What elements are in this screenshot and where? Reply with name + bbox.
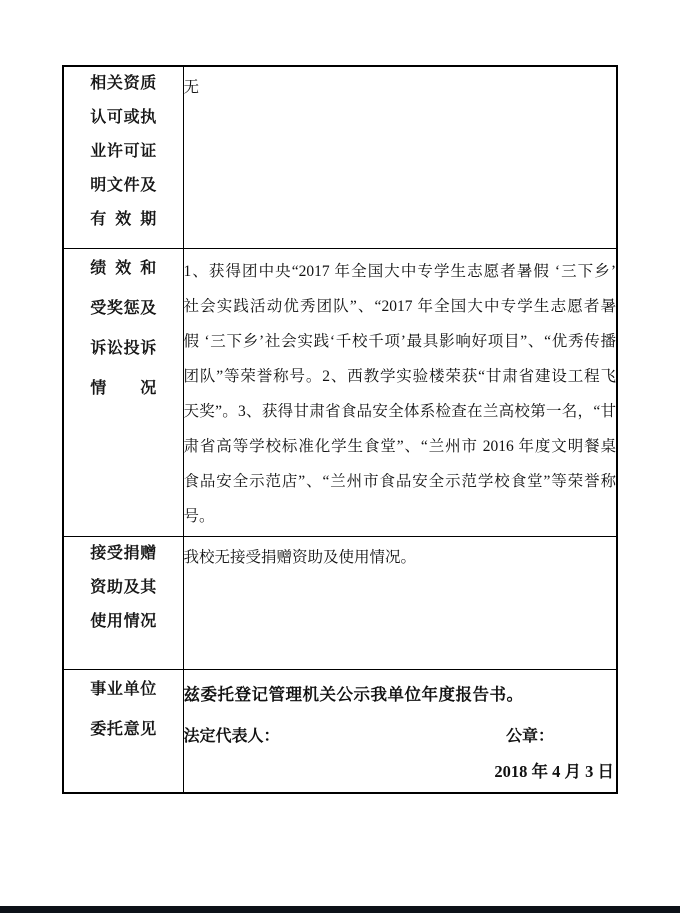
paragraph-line: 1、获得团中央“2017 年全国大中专学生志愿者暑假 ‘三下乡’: [184, 254, 617, 289]
entrust-content-cell: 兹委托登记管理机关公示我单位年度报告书。 法定代表人： 公章： 2018 年 4…: [183, 669, 617, 793]
bottom-window-edge: [0, 906, 680, 913]
label-line: 绩效和: [90, 249, 156, 289]
paragraph-line: 团队”等荣誉称号。2、西教学实验楼荣获“甘肃省建设工程飞: [184, 359, 617, 394]
performance-label-cell: 绩效和 受奖惩及 诉讼投诉 情况: [63, 248, 183, 536]
label-line: 受奖惩及: [90, 289, 156, 329]
label-line: 明文件及: [90, 169, 156, 203]
table-row-performance: 绩效和 受奖惩及 诉讼投诉 情况 1、获得团中央“2017 年全国大中专学生志愿…: [63, 248, 617, 536]
performance-paragraph: 1、获得团中央“2017 年全国大中专学生志愿者暑假 ‘三下乡’ 社会实践活动优…: [184, 249, 617, 534]
report-date: 2018 年 4 月 3 日: [184, 761, 617, 783]
label-line: 认可或执: [90, 101, 156, 135]
performance-content-cell: 1、获得团中央“2017 年全国大中专学生志愿者暑假 ‘三下乡’ 社会实践活动优…: [183, 248, 617, 536]
donation-value: 我校无接受捐赠资助及使用情况。: [184, 537, 617, 568]
label-line: 情况: [90, 369, 156, 409]
label-line: 委托意见: [90, 710, 156, 750]
label-line: 诉讼投诉: [90, 329, 156, 369]
paragraph-line: 号。: [184, 499, 617, 534]
label-line: 业许可证: [90, 135, 156, 169]
paragraph-line: 假 ‘三下乡’社会实践‘千校千项’最具影响好项目”、“优秀传播: [184, 324, 617, 359]
paragraph-line: 食品安全示范店”、“兰州市食品安全示范学校食堂”等荣誉称: [184, 464, 617, 499]
qualification-value: 无: [184, 67, 617, 98]
label-line: 接受捐赠: [90, 537, 156, 571]
paragraph-line: 社会实践活动优秀团队”、“2017 年全国大中专学生志愿者暑: [184, 289, 617, 324]
label-line: 相关资质: [90, 67, 156, 101]
donation-label: 接受捐赠 资助及其 使用情况: [90, 537, 156, 639]
entrust-label-cell: 事业单位 委托意见: [63, 669, 183, 793]
donation-label-cell: 接受捐赠 资助及其 使用情况: [63, 536, 183, 669]
table-row-donation: 接受捐赠 资助及其 使用情况 我校无接受捐赠资助及使用情况。: [63, 536, 617, 669]
qualification-label-cell: 相关资质 认可或执 业许可证 明文件及 有效期: [63, 66, 183, 248]
document-page: 相关资质 认可或执 业许可证 明文件及 有效期 无 绩效和 受奖惩及 诉讼投诉 …: [0, 0, 680, 913]
entrust-label: 事业单位 委托意见: [90, 670, 156, 750]
paragraph-line: 天奖”。3、获得甘肃省食品安全体系检查在兰高校第一名，“甘: [184, 394, 617, 429]
qualification-label: 相关资质 认可或执 业许可证 明文件及 有效期: [90, 67, 156, 237]
label-line: 资助及其: [90, 571, 156, 605]
qualification-content-cell: 无: [183, 66, 617, 248]
table-row-entrust: 事业单位 委托意见 兹委托登记管理机关公示我单位年度报告书。 法定代表人： 公章…: [63, 669, 617, 793]
signature-line: 法定代表人： 公章：: [184, 726, 617, 748]
table-row-qualification: 相关资质 认可或执 业许可证 明文件及 有效期 无: [63, 66, 617, 248]
performance-label: 绩效和 受奖惩及 诉讼投诉 情况: [90, 249, 156, 409]
annual-report-table: 相关资质 认可或执 业许可证 明文件及 有效期 无 绩效和 受奖惩及 诉讼投诉 …: [62, 65, 618, 794]
donation-content-cell: 我校无接受捐赠资助及使用情况。: [183, 536, 617, 669]
label-line: 使用情况: [90, 605, 156, 639]
label-line: 有效期: [90, 203, 156, 237]
label-line: 事业单位: [90, 670, 156, 710]
official-seal-label: 公章：: [506, 726, 554, 748]
paragraph-line: 肃省高等学校标准化学生食堂”、“兰州市 2016 年度文明餐桌: [184, 429, 617, 464]
legal-representative-label: 法定代表人：: [184, 726, 280, 748]
entrust-statement: 兹委托登记管理机关公示我单位年度报告书。: [184, 684, 617, 706]
